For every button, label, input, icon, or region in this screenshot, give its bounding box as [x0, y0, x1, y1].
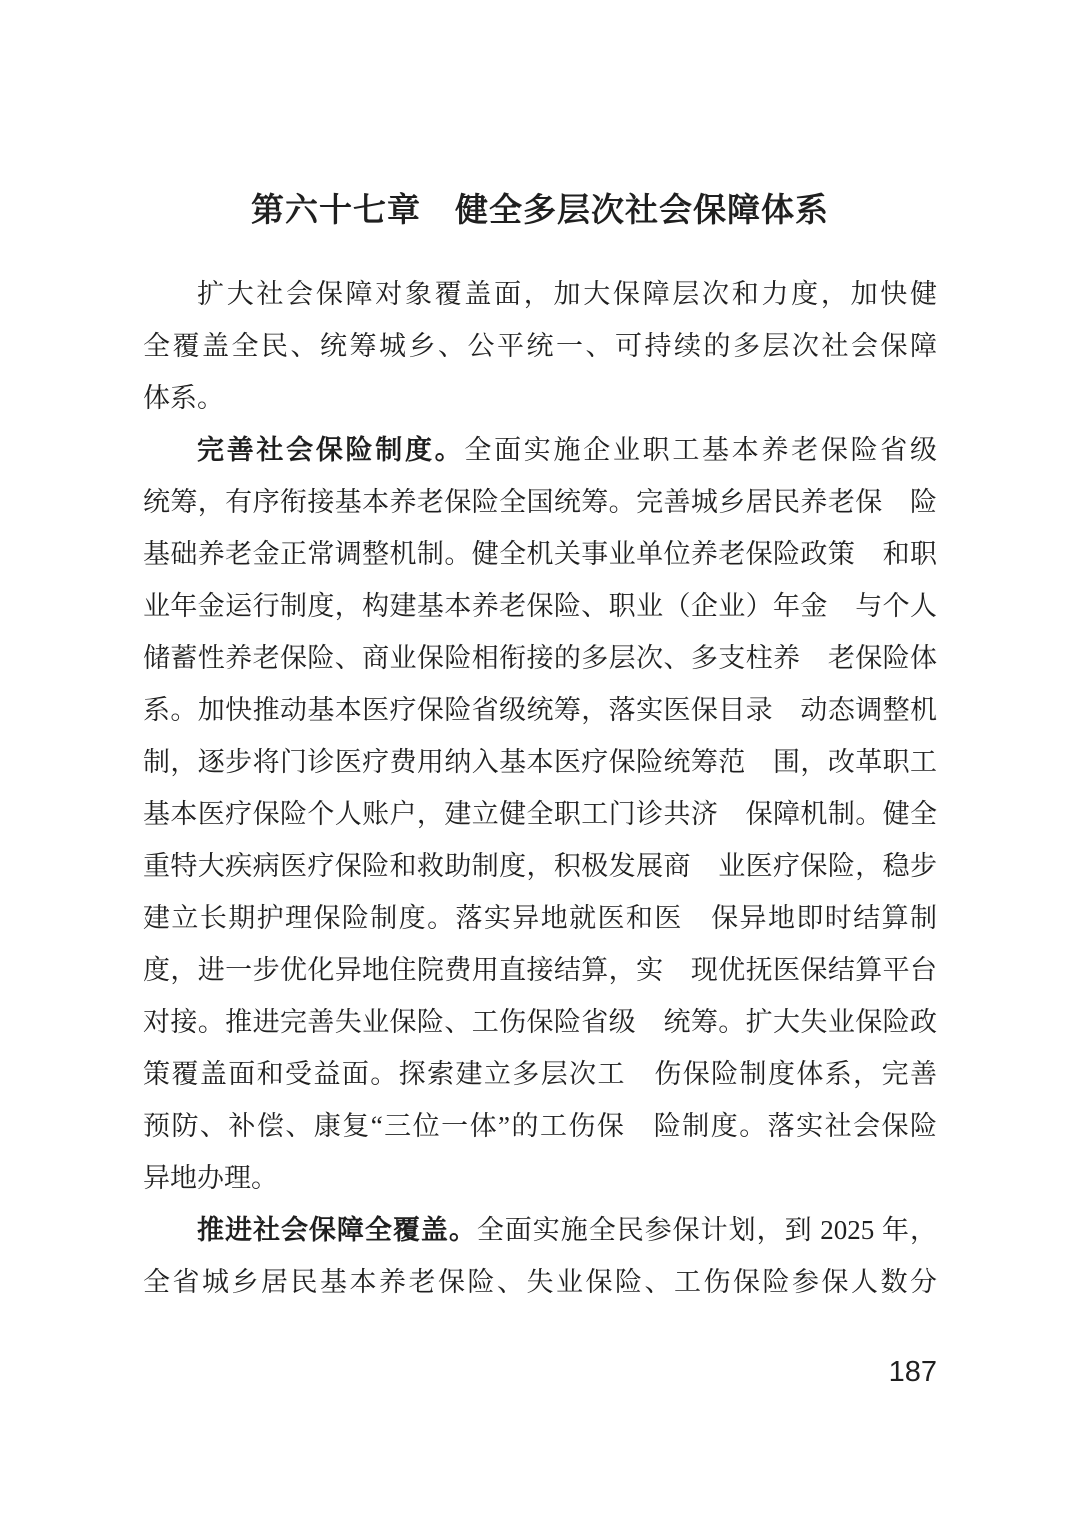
page-body: 扩大社会保障对象覆盖面，加大保障层次和力度，加快健全覆盖全民、统筹城乡、公平统一… [143, 268, 937, 1308]
text-line: 异地办理。 [143, 1152, 937, 1204]
text-line: 建立长期护理保险制度。落实异地就医和医 保异地即时结算制 [143, 892, 937, 944]
text-line: 体系。 [143, 372, 937, 424]
text-line: 基础养老金正常调整机制。健全机关事业单位养老保险政策 和职 [143, 528, 937, 580]
text-line: 对接。推进完善失业保险、工伤保险省级 统筹。扩大失业保险政 [143, 996, 937, 1048]
paragraph: 推进社会保障全覆盖。全面实施全民参保计划，到 2025 年，全省城乡居民基本养老… [143, 1204, 937, 1308]
text-line: 业年金运行制度，构建基本养老保险、职业（企业）年金 与个人 [143, 580, 937, 632]
text-line: 系。加快推动基本医疗保险省级统筹，落实医保目录 动态调整机 [143, 684, 937, 736]
text-line: 基本医疗保险个人账户，建立健全职工门诊共济 保障机制。健全 [143, 788, 937, 840]
document-page: 第六十七章 健全多层次社会保障体系 扩大社会保障对象覆盖面，加大保障层次和力度，… [0, 0, 1080, 1527]
text-line: 预防、补偿、康复“三位一体”的工伤保 险制度。落实社会保险 [143, 1100, 937, 1152]
text-line: 扩大社会保障对象覆盖面，加大保障层次和力度，加快健 [143, 268, 937, 320]
text-line: 度，进一步优化异地住院费用直接结算，实 现优抚医保结算平台 [143, 944, 937, 996]
text-line: 推进社会保障全覆盖。全面实施全民参保计划，到 2025 年， [143, 1204, 937, 1256]
text-line: 完善社会保险制度。全面实施企业职工基本养老保险省级 [143, 424, 937, 476]
paragraph-lead: 完善社会保险制度。 [197, 435, 464, 465]
page-number: 187 [143, 1352, 937, 1392]
text-line: 全覆盖全民、统筹城乡、公平统一、可持续的多层次社会保障 [143, 320, 937, 372]
paragraph: 扩大社会保障对象覆盖面，加大保障层次和力度，加快健全覆盖全民、统筹城乡、公平统一… [143, 268, 937, 424]
paragraph: 完善社会保险制度。全面实施企业职工基本养老保险省级统筹，有序衔接基本养老保险全国… [143, 424, 937, 1204]
chapter-title: 第六十七章 健全多层次社会保障体系 [143, 188, 937, 232]
text-line: 全省城乡居民基本养老保险、失业保险、工伤保险参保人数分 [143, 1256, 937, 1308]
text-line: 储蓄性养老保险、商业保险相衔接的多层次、多支柱养 老保险体 [143, 632, 937, 684]
text-line: 统筹，有序衔接基本养老保险全国统筹。完善城乡居民养老保 险 [143, 476, 937, 528]
text-line: 策覆盖面和受益面。探索建立多层次工 伤保险制度体系，完善 [143, 1048, 937, 1100]
text-line: 制，逐步将门诊医疗费用纳入基本医疗保险统筹范 围，改革职工 [143, 736, 937, 788]
text-line: 重特大疾病医疗保险和救助制度，积极发展商 业医疗保险，稳步 [143, 840, 937, 892]
paragraph-lead: 推进社会保障全覆盖。 [197, 1215, 477, 1245]
